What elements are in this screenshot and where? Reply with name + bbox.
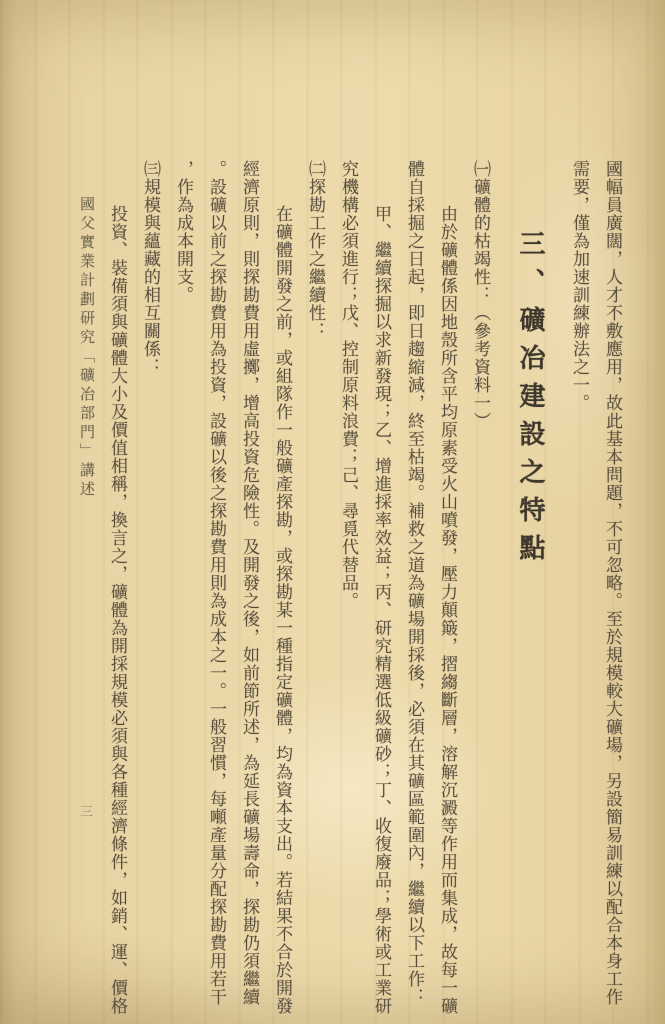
- section-title: 三、礦冶建設之特點: [505, 160, 555, 1022]
- page-number: 三: [80, 801, 93, 820]
- scanned-document-page: 國幅員廣闊，人才不敷應用，故此基本問題，不可忽略。至於規模較大礦場，另設簡易訓練…: [0, 0, 665, 1024]
- page-text-block: 國幅員廣闊，人才不敷應用，故此基本問題，不可忽略。至於規模較大礦場，另設簡易訓練…: [101, 160, 629, 1022]
- text-column: 。設礦以前之探勘費用為投資，設礦以後之探勘費用則為成本之一。一般習慣，每噸產量分…: [200, 160, 233, 1022]
- text-column: 甲、繼續探掘以求新發現；乙、增進採率效益；丙、研究精選低級礦砂；丁、收復廢品；學…: [365, 160, 398, 1022]
- text-column: 由於礦體係因地殼所含平均原素受火山噴發，壓力顛簸，摺縐斷層，溶解沉澱等作用而集成…: [431, 160, 464, 1022]
- text-column: 投資、裝備須與礦體大小及價值相稱，換言之，礦體為開採規模必須與各種經濟條件，如銷…: [101, 160, 134, 1022]
- margin-note: 國父實業計劃研究「礦冶部門」講述: [76, 196, 97, 500]
- subsection-heading-1: ㈠礦體的枯竭性：（參考資料一）: [464, 160, 497, 1022]
- text-column: ，作為成本開支。: [167, 160, 200, 1022]
- text-column: 究機構必須進行；戊、控制原料浪費；己、尋覓代替品。: [332, 160, 365, 1022]
- subsection-heading-3: ㈢規模與蘊藏的相互關係：: [134, 160, 167, 1022]
- text-column: 在礦體開發之前，或組隊作一般礦產探勘，或探勘某一種指定礦體，均為資本支出。若結果…: [266, 160, 299, 1022]
- text-column: 需要，僅為加速訓練辦法之一。: [563, 160, 596, 1022]
- text-column: 體自採掘之日起，即日趨縮減，終至枯竭。補救之道為礦場開採後，必須在其礦區範圍內，…: [398, 160, 431, 1022]
- text-column: 經濟原則，則探勘費用虛擲，增高投資危險性。及開發之後，如前節所述，為延長礦場壽命…: [233, 160, 266, 1022]
- subsection-heading-2: ㈡探勘工作之繼續性：: [299, 160, 332, 1022]
- text-column: 國幅員廣闊，人才不敷應用，故此基本問題，不可忽略。至於規模較大礦場，另設簡易訓練…: [596, 160, 629, 1022]
